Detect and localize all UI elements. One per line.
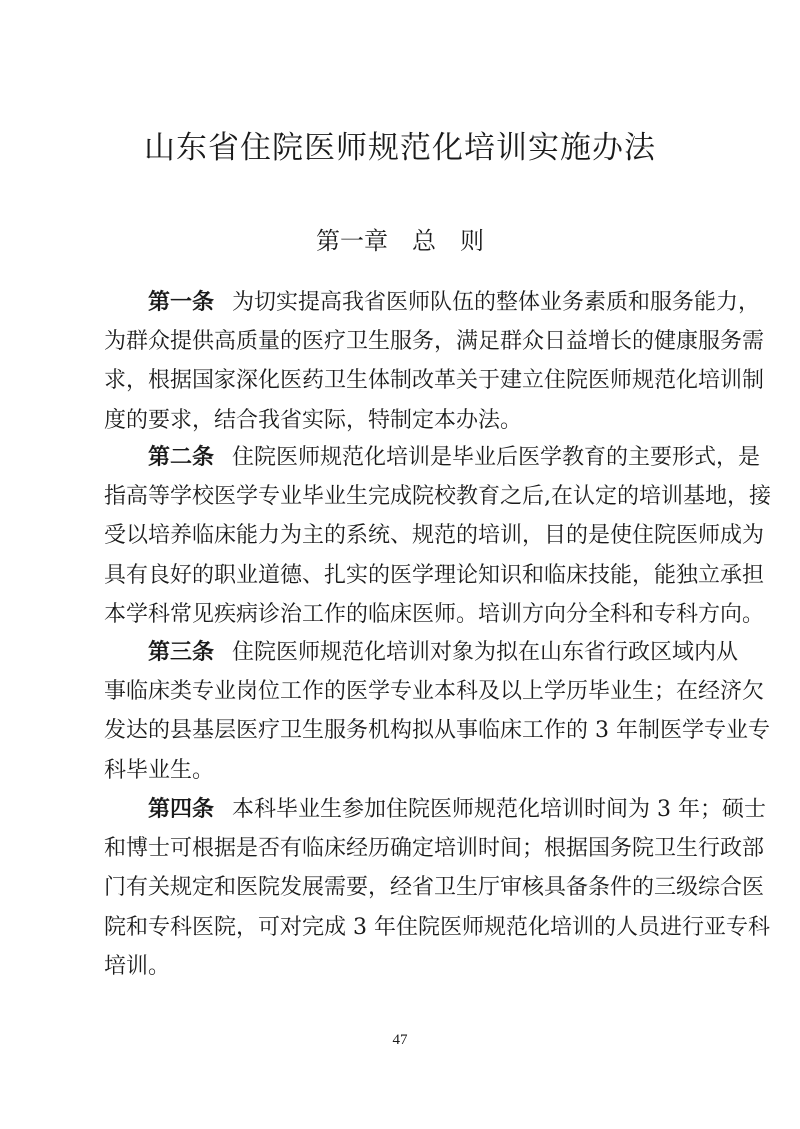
article-label: 第四条 xyxy=(148,797,214,822)
article-label: 第三条 xyxy=(148,640,214,665)
article-line: 事临床类专业岗位工作的医学专业本科及以上学历毕业生；在经济欠 xyxy=(104,672,698,711)
article-1: 第一条为切实提高我省医师队伍的整体业务素质和服务能力， 为群众提供高质量的医疗卫… xyxy=(104,283,704,440)
article-line: 度的要求，结合我省实际，特制定本办法。 xyxy=(104,401,698,440)
article-line: 第二条住院医师规范化培训是毕业后医学教育的主要形式，是 xyxy=(104,438,698,477)
article-line: 科毕业生。 xyxy=(104,751,698,790)
article-line: 求，根据国家深化医药卫生体制改革关于建立住院医师规范化培训制 xyxy=(104,361,698,400)
article-line: 第一条为切实提高我省医师队伍的整体业务素质和服务能力， xyxy=(104,283,698,322)
chapter-heading-text: 第一章 总 则 xyxy=(316,227,484,255)
article-line: 发达的县基层医疗卫生服务机构拟从事临床工作的 3 年制医学专业专 xyxy=(104,711,698,750)
article-line: 为群众提供高质量的医疗卫生服务，满足群众日益增长的健康服务需 xyxy=(104,322,698,361)
article-label: 第二条 xyxy=(148,445,214,470)
article-3: 第三条住院医师规范化培训对象为拟在山东省行政区域内从 事临床类专业岗位工作的医学… xyxy=(104,633,704,790)
article-line: 院和专科医院，可对完成 3 年住院医师规范化培训的人员进行亚专科 xyxy=(104,908,698,947)
article-line: 培训。 xyxy=(104,947,698,986)
document-title: 山东省住院医师规范化培训实施办法 xyxy=(0,126,800,170)
page-number: 47 xyxy=(0,1032,800,1049)
article-label: 第一条 xyxy=(148,290,214,315)
article-2: 第二条住院医师规范化培训是毕业后医学教育的主要形式，是 指高等学校医学专业毕业生… xyxy=(104,438,704,634)
article-line: 受以培养临床能力为主的系统、规范的培训，目的是使住院医师成为 xyxy=(104,516,698,555)
article-line: 本学科常见疾病诊治工作的临床医师。培训方向分全科和专科方向。 xyxy=(104,595,698,634)
article-line: 指高等学校医学专业毕业生完成院校教育之后,在认定的培训基地，接 xyxy=(104,477,698,516)
article-line: 具有良好的职业道德、扎实的医学理论知识和临床技能，能独立承担 xyxy=(104,556,698,595)
article-4: 第四条本科毕业生参加住院医师规范化培训时间为 3 年；硕士 和博士可根据是否有临… xyxy=(104,790,704,986)
article-line: 第四条本科毕业生参加住院医师规范化培训时间为 3 年；硕士 xyxy=(104,790,698,829)
article-line: 和博士可根据是否有临床经历确定培训时间；根据国务院卫生行政部 xyxy=(104,829,698,868)
document-page: 山东省住院医师规范化培训实施办法 第一章 总 则 第一条为切实提高我省医师队伍的… xyxy=(0,0,800,1129)
chapter-heading: 第一章 总 则 xyxy=(0,224,800,258)
article-line: 门有关规定和医院发展需要，经省卫生厅审核具备条件的三级综合医 xyxy=(104,868,698,907)
article-line: 第三条住院医师规范化培训对象为拟在山东省行政区域内从 xyxy=(104,633,698,672)
